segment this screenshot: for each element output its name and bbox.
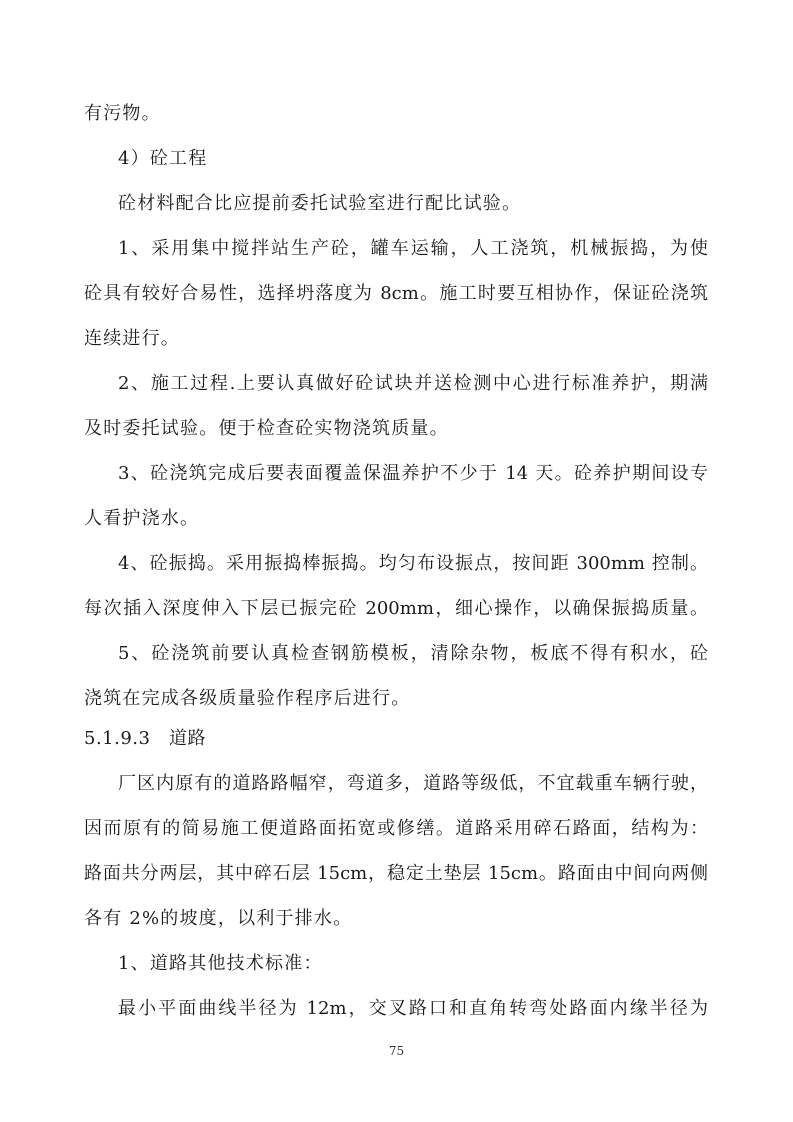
text-line: 每次插入深度伸入下层已振完砼 200mm，细心操作，以确保振捣质量。 xyxy=(84,598,708,620)
text-line: 4、砼振捣。采用振捣棒振捣。均匀布设振点，按间距 300mm 控制。 xyxy=(118,553,708,575)
text-line: 砼材料配合比应提前委托试验室进行配比试验。 xyxy=(118,193,708,215)
text-line: 因而原有的简易施工便道路面拓宽或修缮。道路采用碎石路面，结构为： xyxy=(84,818,708,840)
text-line: 各有 2%的坡度，以利于排水。 xyxy=(84,908,708,930)
text-line: 浇筑在完成各级质量验作程序后进行。 xyxy=(84,688,708,710)
text-line: 砼具有较好合易性，选择坍落度为 8cm。施工时要互相协作，保证砼浇筑 xyxy=(84,283,708,305)
page-number: 75 xyxy=(0,1044,793,1058)
text-line: 5、砼浇筑前要认真检查钢筋模板，清除杂物，板底不得有积水，砼 xyxy=(118,643,708,665)
text-line: 连续进行。 xyxy=(84,328,708,350)
text-line: 路面共分两层，其中碎石层 15cm，稳定土垫层 15cm。路面由中间向两侧 xyxy=(84,863,708,885)
text-line: 有污物。 xyxy=(84,103,708,125)
text-line: 厂区内原有的道路路幅窄，弯道多，道路等级低，不宜载重车辆行驶， xyxy=(118,773,708,795)
text-line: 2、施工过程.上要认真做好砼试块并送检测中心进行标准养护，期满 xyxy=(118,373,708,395)
text-line: 4）砼工程 xyxy=(118,148,708,170)
text-line: 及时委托试验。便于检查砼实物浇筑质量。 xyxy=(84,418,708,440)
text-line: 人看护浇水。 xyxy=(84,508,708,530)
section-heading: 5.1.9.3 道路 xyxy=(84,728,708,750)
text-line: 1、采用集中搅拌站生产砼，罐车运输，人工浇筑，机械振捣，为使 xyxy=(118,238,708,260)
text-line: 3、砼浇筑完成后要表面覆盖保温养护不少于 14 天。砼养护期间设专 xyxy=(118,463,708,485)
text-line: 1、道路其他技术标准： xyxy=(118,953,708,975)
text-line: 最小平面曲线半径为 12m，交叉路口和直角转弯处路面内缘半径为 xyxy=(118,998,708,1020)
